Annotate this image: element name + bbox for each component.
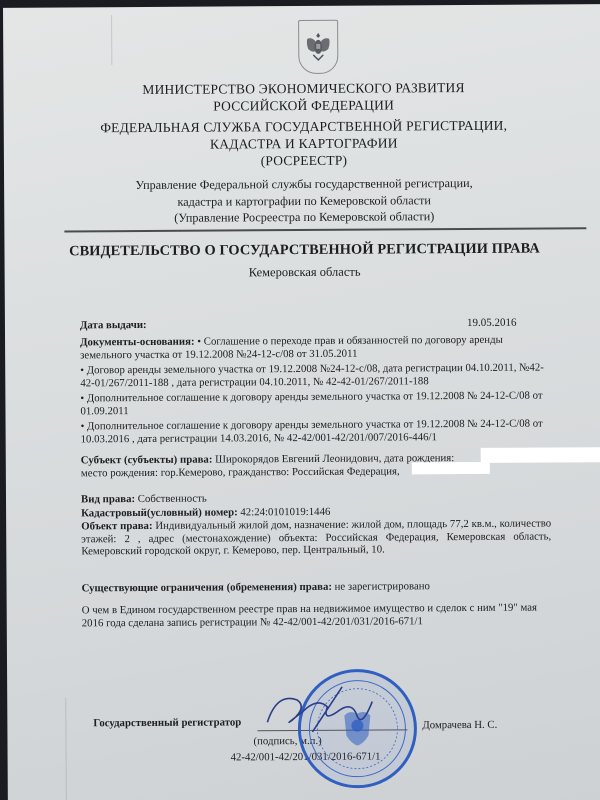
basis-document-item: Документы-основания: • Соглашение о пере… xyxy=(80,333,550,361)
cadastral-number-label: Кадастровый(условный) номер: xyxy=(81,506,238,519)
issue-date-value: 19.05.2016 xyxy=(467,317,517,329)
registrar-role: Государственный регистратор xyxy=(93,716,241,729)
basis-document-item: • Дополнительное соглашение к договору а… xyxy=(81,417,551,445)
restrictions: Существующие ограничения (обременения) п… xyxy=(82,579,552,594)
basis-documents-label: Документы-основания: xyxy=(80,336,195,349)
document-title: СВИДЕТЕЛЬСТВО О ГОСУДАРСТВЕННОЙ РЕГИСТРА… xyxy=(4,240,600,261)
signature-icon xyxy=(257,681,387,742)
basis-document-item: • Дополнительное соглашение к договору а… xyxy=(80,389,550,417)
paper-fold xyxy=(65,697,67,800)
right-holder-label: Субъект (субъекты) права: xyxy=(81,454,213,467)
registry-record: О чем в Едином государственном реестре п… xyxy=(82,601,552,630)
certificate-sheet: МИНИСТЕРСТВО ЭКОНОМИЧЕСКОГО РАЗВИТИЯ РОС… xyxy=(3,4,600,800)
right-details: Вид права: Собственность Кадастровый(усл… xyxy=(81,490,551,559)
right-object-value: Индивидуальный жилой дом, назначение: жи… xyxy=(81,518,551,558)
cadastral-number-value: 42:24:0101019:1446 xyxy=(238,505,331,518)
paper-fold xyxy=(111,15,112,65)
service-heading: ФЕДЕРАЛЬНАЯ СЛУЖБА ГОСУДАРСТВЕННОЙ РЕГИС… xyxy=(4,116,600,171)
header-divider xyxy=(64,227,586,232)
department-heading: Управление Федеральной службы государств… xyxy=(4,174,600,227)
ministry-line: РОССИЙСКОЙ ФЕДЕРАЦИИ xyxy=(4,95,600,116)
redaction-box xyxy=(412,462,490,474)
basis-document-item: • Договор аренды земельного участка от 1… xyxy=(80,361,550,389)
redaction-box xyxy=(481,447,600,463)
basis-documents: Документы-основания: • Соглашение о пере… xyxy=(80,333,551,448)
ministry-heading: МИНИСТЕРСТВО ЭКОНОМИЧЕСКОГО РАЗВИТИЯ РОС… xyxy=(3,78,600,116)
right-object-label: Объект права: xyxy=(81,520,152,532)
restrictions-value: не зарегистрировано xyxy=(332,580,430,593)
region-subtitle: Кемеровская область xyxy=(5,263,600,282)
registrar-name: Домрачева Н. С. xyxy=(422,719,497,731)
service-line: (РОСРЕЕСТР) xyxy=(4,150,600,171)
right-kind-label: Вид права: xyxy=(81,493,135,505)
right-object: Объект права: Индивидуальный жилой дом, … xyxy=(81,518,551,559)
department-line: (Управление Росреестра по Кемеровской об… xyxy=(4,207,600,227)
restrictions-label: Существующие ограничения (обременения) п… xyxy=(82,581,332,595)
russian-coat-of-arms-icon xyxy=(298,20,338,74)
right-kind-value: Собственность xyxy=(135,493,207,505)
